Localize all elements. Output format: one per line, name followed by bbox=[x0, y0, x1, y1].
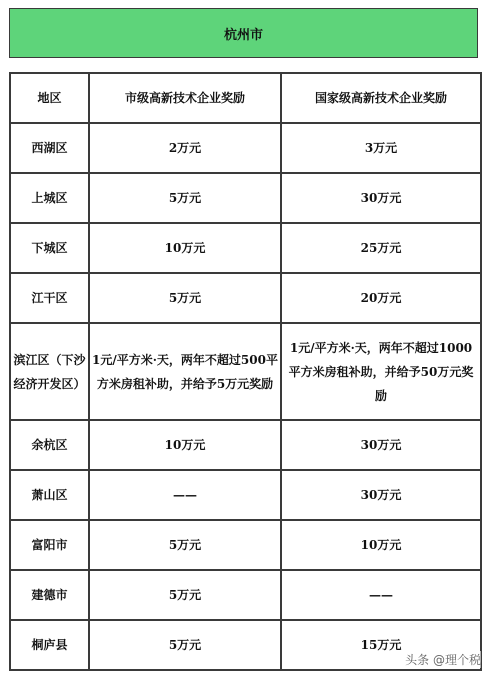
city-award-cell: 5万元 bbox=[89, 520, 281, 570]
region-cell: 滨江区（下沙经济开发区） bbox=[10, 323, 89, 420]
national-award-cell: 30万元 bbox=[281, 470, 481, 520]
header-national-award: 国家级高新技术企业奖励 bbox=[281, 73, 481, 123]
national-award-cell: 10万元 bbox=[281, 520, 481, 570]
city-award-cell: 5万元 bbox=[89, 273, 281, 323]
table-row: 余杭区 10万元 30万元 bbox=[10, 420, 481, 470]
table-row: 下城区 10万元 25万元 bbox=[10, 223, 481, 273]
region-cell: 江干区 bbox=[10, 273, 89, 323]
region-cell: 富阳市 bbox=[10, 520, 89, 570]
table-row: 上城区 5万元 30万元 bbox=[10, 173, 481, 223]
national-award-cell: 25万元 bbox=[281, 223, 481, 273]
city-award-cell: 5万元 bbox=[89, 570, 281, 620]
city-title: 杭州市 bbox=[224, 24, 263, 43]
header-region: 地区 bbox=[10, 73, 89, 123]
header-city-award: 市级高新技术企业奖励 bbox=[89, 73, 281, 123]
city-award-cell: 1元/平方米·天，两年不超过500平方米房租补助，并给予5万元奖励 bbox=[89, 323, 281, 420]
national-award-cell: —— bbox=[281, 570, 481, 620]
region-cell: 西湖区 bbox=[10, 123, 89, 173]
region-cell: 上城区 bbox=[10, 173, 89, 223]
national-award-cell: 30万元 bbox=[281, 173, 481, 223]
region-cell: 建德市 bbox=[10, 570, 89, 620]
city-award-cell: 10万元 bbox=[89, 420, 281, 470]
region-cell: 下城区 bbox=[10, 223, 89, 273]
region-cell: 桐庐县 bbox=[10, 620, 89, 670]
city-award-cell: 5万元 bbox=[89, 620, 281, 670]
table-row: 江干区 5万元 20万元 bbox=[10, 273, 481, 323]
region-cell: 余杭区 bbox=[10, 420, 89, 470]
city-award-cell: 10万元 bbox=[89, 223, 281, 273]
national-award-cell: 3万元 bbox=[281, 123, 481, 173]
table-row: 西湖区 2万元 3万元 bbox=[10, 123, 481, 173]
city-award-cell: 2万元 bbox=[89, 123, 281, 173]
city-title-banner: 杭州市 bbox=[9, 8, 478, 58]
award-table: 地区 市级高新技术企业奖励 国家级高新技术企业奖励 西湖区 2万元 3万元 上城… bbox=[9, 72, 482, 671]
region-cell: 萧山区 bbox=[10, 470, 89, 520]
table-row: 萧山区 —— 30万元 bbox=[10, 470, 481, 520]
table-row: 建德市 5万元 —— bbox=[10, 570, 481, 620]
national-award-cell: 30万元 bbox=[281, 420, 481, 470]
watermark: 头条 @理个税 bbox=[405, 651, 481, 668]
table-row: 滨江区（下沙经济开发区） 1元/平方米·天，两年不超过500平方米房租补助，并给… bbox=[10, 323, 481, 420]
city-award-cell: —— bbox=[89, 470, 281, 520]
table-row: 富阳市 5万元 10万元 bbox=[10, 520, 481, 570]
national-award-cell: 20万元 bbox=[281, 273, 481, 323]
table-header-row: 地区 市级高新技术企业奖励 国家级高新技术企业奖励 bbox=[10, 73, 481, 123]
national-award-cell: 1元/平方米·天，两年不超过1000平方米房租补助，并给予50万元奖励 bbox=[281, 323, 481, 420]
city-award-cell: 5万元 bbox=[89, 173, 281, 223]
